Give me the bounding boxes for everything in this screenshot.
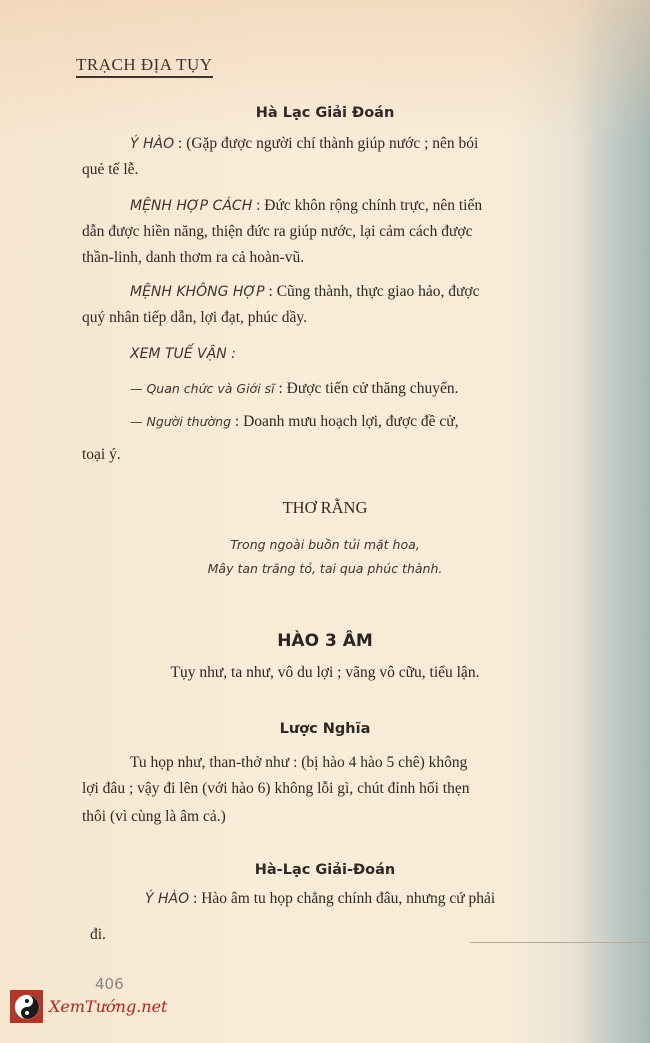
menh-khong-hop-line-1: MỆNH KHÔNG HỢP : Cũng thành, thực giao h… [130, 283, 479, 301]
tue-van-item-nguoi-thuong: — Người thường : Doanh mưu hoạch lợi, đư… [130, 413, 459, 431]
y-hao-line-1: Ý HÀO : (Gặp được người chí thành giúp n… [130, 135, 478, 153]
page-edge-line [470, 942, 650, 943]
poem-title: THƠ RẰNG [0, 498, 650, 518]
watermark-text: XemTướng.net [49, 997, 167, 1016]
luoc-nghia-heading: Lược Nghĩa [0, 721, 650, 737]
menh-hop-cach-line-2: dẫn được hiền năng, thiện đức ra giúp nư… [82, 223, 472, 241]
y-hao-label: Ý HÀO [130, 136, 174, 152]
hao-3-am-verse: Tụy như, ta như, vô du lợi ; vãng vô cữu… [0, 664, 650, 682]
hao-3-am-heading: HÀO 3 ÂM [0, 631, 650, 651]
luoc-nghia-line-3: thôi (vì cùng là âm cả.) [82, 808, 226, 826]
menh-khong-hop-label: MỆNH KHÔNG HỢP [130, 284, 265, 300]
poem-line-2: Mây tan trăng tỏ, tai qua phúc thành. [0, 561, 650, 576]
poem-line-1: Trong ngoài buồn tủi mặt hoa, [0, 537, 650, 552]
watermark-logo[interactable]: XemTướng.net [10, 990, 167, 1023]
section-heading-ha-lac: Hà Lạc Giải Đoán [0, 105, 650, 121]
running-title: TRẠCH ĐỊA TỤY [76, 55, 213, 78]
tue-van-item-quan-chuc: — Quan chức và Giới sĩ : Được tiến cử th… [130, 380, 458, 398]
giai-doan-y-hao-label: Ý HÀO [145, 891, 189, 907]
xem-tue-van-label: XEM TUẾ VẬN : [130, 346, 236, 362]
menh-hop-cach-label: MỆNH HỢP CÁCH [130, 198, 252, 214]
yin-yang-icon [10, 990, 43, 1023]
y-hao-line-2: quẻ tế lễ. [82, 161, 138, 179]
menh-khong-hop-line-2: quý nhân tiếp dẫn, lợi đạt, phúc dầy. [82, 309, 307, 327]
menh-hop-cach-line-1: MỆNH HỢP CÁCH : Đức khôn rộng chính trực… [130, 197, 482, 215]
tue-van-item-nguoi-thuong-line-2: toại ý. [82, 446, 121, 464]
giai-doan-line-2: đi. [90, 926, 106, 944]
book-page: TRẠCH ĐỊA TỤY Hà Lạc Giải Đoán Ý HÀO : (… [0, 0, 650, 1043]
giai-doan-line-1: Ý HÀO : Hào âm tu họp chẳng chính đâu, n… [145, 890, 495, 908]
luoc-nghia-line-1: Tu họp như, than-thở như : (bị hào 4 hào… [130, 754, 467, 772]
giai-doan-heading: Hà-Lạc Giải-Đoán [0, 862, 650, 878]
menh-hop-cach-line-3: thần-linh, danh thơm ra cả hoàn-vũ. [82, 249, 304, 267]
luoc-nghia-line-2: lợi đâu ; vậy đi lên (với hào 6) không l… [82, 780, 469, 798]
